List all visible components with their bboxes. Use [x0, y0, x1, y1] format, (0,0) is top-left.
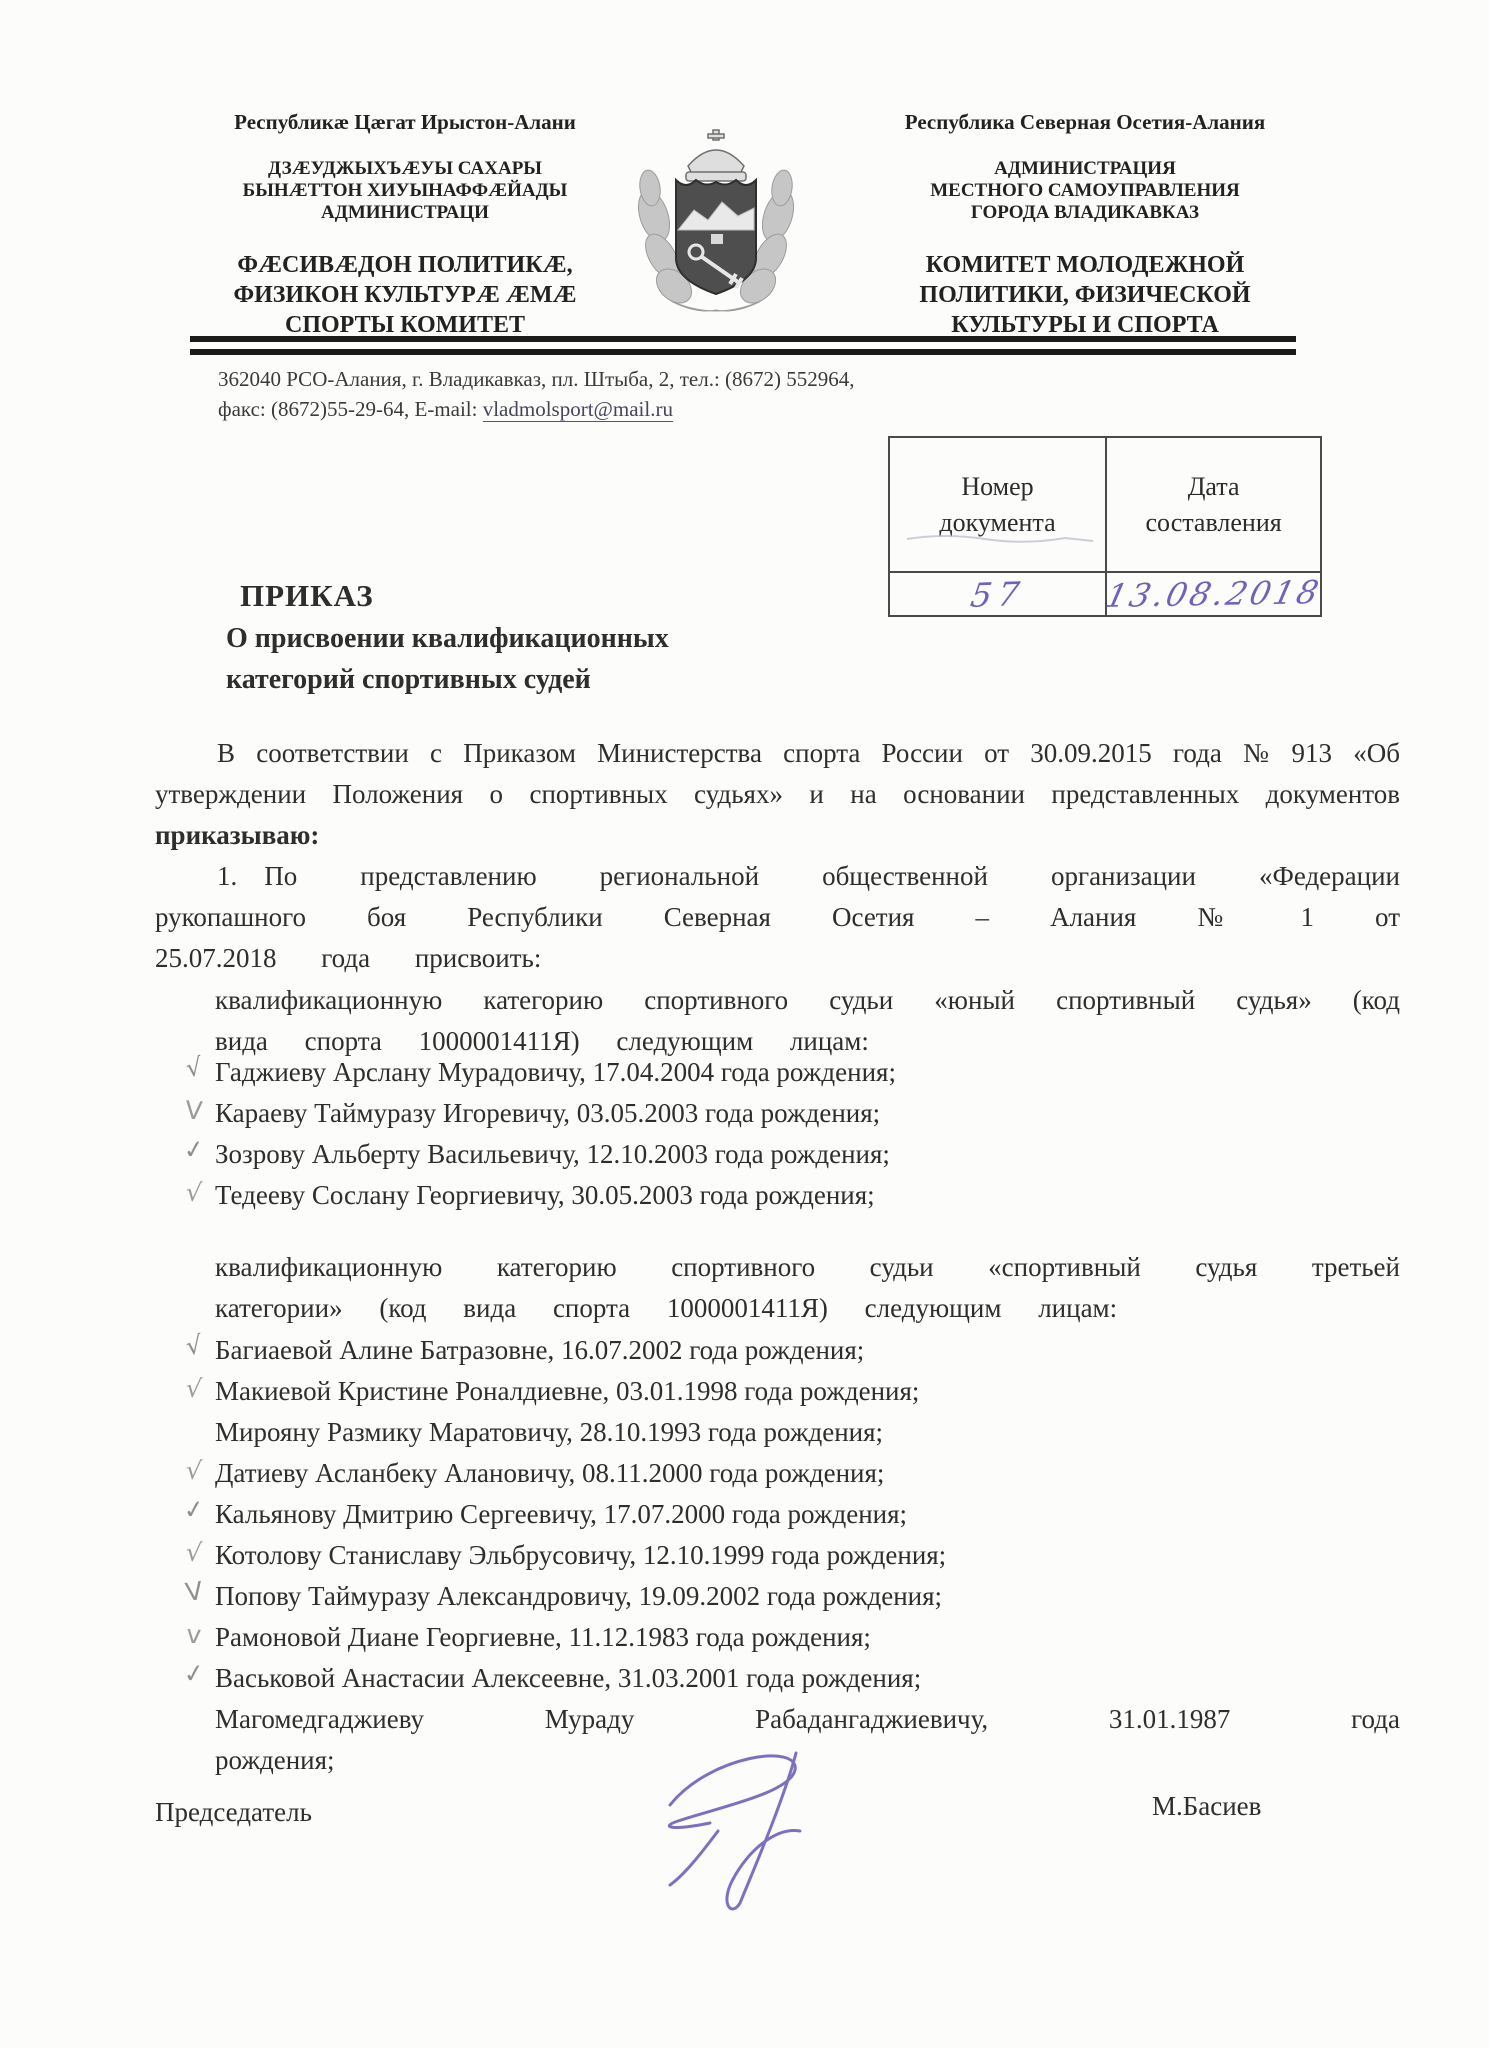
document-stamp-table: Номер документа Дата составления 57 13.0… — [888, 436, 1322, 617]
divider-rule-top — [190, 336, 1296, 342]
org-name-russian-republic: Республика Северная Осетия-Алания — [850, 110, 1320, 134]
list-item: ✓Кальянову Дмитрию Сергеевичу, 17.07.200… — [155, 1494, 1400, 1535]
order-title: ПРИКАЗ — [240, 578, 374, 614]
list-item: √Котолову Станиславу Эльбрусовичу, 12.10… — [155, 1535, 1400, 1576]
pencil-checkmark-icon: √ — [176, 1375, 212, 1402]
number-header-cell: Номер документа — [889, 437, 1106, 572]
preamble-paragraph: В соответствии с Приказом Министерства с… — [155, 733, 1400, 856]
contact-fax-line: факс: (8672)55-29-64, E-mail: vladmolspo… — [218, 395, 673, 423]
pencil-checkmark-icon: √ — [176, 1457, 212, 1484]
address-text: 362040 РСО-Алания, г. Владикавказ, пл. Ш… — [218, 367, 855, 391]
judge-entry: Макиевой Кристине Роналдиевне, 03.01.199… — [215, 1376, 919, 1406]
pencil-checkmark-icon: √ — [176, 1179, 212, 1206]
signer-name: М.Басиев — [1152, 1791, 1261, 1822]
pencil-checkmark-icon: ✓ — [175, 1659, 212, 1688]
list-item: √Багиаевой Алине Батразовне, 16.07.2002 … — [155, 1330, 1400, 1371]
date-header-cell: Дата составления — [1106, 437, 1321, 572]
judge-entry: Рамоновой Диане Георгиевне, 11.12.1983 г… — [215, 1622, 871, 1652]
pencil-checkmark-icon: V — [176, 1097, 212, 1124]
judge-entry: Васьковой Анастасии Алексеевне, 31.03.20… — [215, 1663, 921, 1693]
coat-of-arms-icon — [616, 126, 816, 326]
list-item: √Гаджиеву Арслану Мурадовичу, 17.04.2004… — [155, 1052, 1400, 1093]
handwritten-date: 13.08.2018 — [1102, 573, 1325, 615]
category2-intro: квалификационную категорию спортивного с… — [215, 1247, 1400, 1329]
judge-entry: Датиеву Асланбеку Алановичу, 08.11.2000 … — [215, 1458, 884, 1488]
divider-rule-bottom — [190, 349, 1296, 355]
category1-intro: квалификационную категорию спортивного с… — [215, 980, 1400, 1062]
judge-entry: Котолову Станиславу Эльбрусовичу, 12.10.… — [215, 1540, 946, 1570]
pencil-mark — [905, 531, 1095, 545]
list-item: VКараеву Таймуразу Игоревичу, 03.05.2003… — [155, 1093, 1400, 1134]
list-item: √Датиеву Асланбеку Алановичу, 08.11.2000… — [155, 1453, 1400, 1494]
org-name-russian-administration: АДМИНИСТРАЦИЯ МЕСТНОГО САМОУПРАВЛЕНИЯ ГО… — [850, 158, 1320, 224]
judge-entry: Караеву Таймуразу Игоревичу, 03.05.2003 … — [215, 1098, 880, 1128]
order-subject: О присвоении квалификационных категорий … — [226, 618, 669, 700]
email-link[interactable]: vladmolsport@mail.ru — [483, 397, 673, 422]
category1-list: √Гаджиеву Арслану Мурадовичу, 17.04.2004… — [155, 1052, 1400, 1216]
list-item: Мирояну Размику Маратовичу, 28.10.1993 г… — [155, 1412, 1400, 1453]
pencil-checkmark-icon: √ — [175, 1331, 212, 1360]
judge-entry: Попову Таймуразу Александровичу, 19.09.2… — [215, 1581, 942, 1611]
list-item: ✓Зозрову Альберту Васильевичу, 12.10.200… — [155, 1134, 1400, 1175]
pencil-checkmark-icon: √ — [175, 1053, 212, 1082]
category2-list: √Багиаевой Алине Батразовне, 16.07.2002 … — [155, 1330, 1400, 1781]
handwritten-number: 57 — [968, 574, 1028, 615]
org-name-russian-committee: КОМИТЕТ МОЛОДЕЖНОЙ ПОЛИТИКИ, ФИЗИЧЕСКОЙ … — [850, 250, 1320, 340]
order-item-1: 1. По представлению региональной обществ… — [155, 856, 1400, 979]
list-item: √Макиевой Кристине Роналдиевне, 03.01.19… — [155, 1371, 1400, 1412]
contact-address-line: 362040 РСО-Алания, г. Владикавказ, пл. Ш… — [218, 365, 855, 393]
org-name-ossetian-administration: ДЗÆУДЖЫХЪÆУЫ САХАРЫ БЫНÆТТОН ХИУЫНАФФÆЙА… — [170, 158, 640, 224]
org-name-ossetian-republic: Республикæ Цæгат Ирыстон-Алани — [170, 110, 640, 134]
number-value-cell: 57 — [889, 572, 1106, 616]
list-item: VПопову Таймуразу Александровичу, 19.09.… — [155, 1576, 1400, 1617]
pencil-checkmark-icon: ✓ — [175, 1495, 212, 1524]
pencil-checkmark-icon: √ — [176, 1539, 212, 1566]
pencil-checkmark-icon: V — [175, 1577, 212, 1606]
preamble-text: В соответствии с Приказом Министерства с… — [155, 738, 1400, 809]
pencil-checkmark-icon — [177, 1413, 211, 1418]
org-name-ossetian-committee: ФÆСИВÆДОН ПОЛИТИКÆ, ФИЗИКОН КУЛЬТУРÆ ÆМÆ… — [170, 250, 640, 340]
list-item: ✓Васьковой Анастасии Алексеевне, 31.03.2… — [155, 1658, 1400, 1699]
judge-entry: Кальянову Дмитрию Сергеевичу, 17.07.2000… — [215, 1499, 907, 1529]
preamble-keyword: приказываю: — [155, 820, 319, 850]
judge-entry: Гаджиеву Арслану Мурадовичу, 17.04.2004 … — [215, 1057, 896, 1087]
pencil-checkmark-icon — [177, 1703, 211, 1705]
judge-entry: Зозрову Альберту Васильевичу, 12.10.2003… — [215, 1139, 890, 1169]
judge-entry: Мирояну Размику Маратовичу, 28.10.1993 г… — [215, 1417, 883, 1447]
judge-entry: Тедееву Сослану Георгиевичу, 30.05.2003 … — [215, 1180, 875, 1210]
date-value-cell: 13.08.2018 — [1106, 572, 1321, 616]
scanned-order-document: Республикæ Цæгат Ирыстон-Алани ДЗÆУДЖЫХЪ… — [0, 0, 1489, 2048]
list-item: vРамоновой Диане Георгиевне, 11.12.1983 … — [155, 1617, 1400, 1658]
pencil-checkmark-icon: v — [176, 1621, 212, 1648]
list-item: √Тедееву Сослану Георгиевичу, 30.05.2003… — [155, 1175, 1400, 1216]
pencil-checkmark-icon: ✓ — [175, 1135, 212, 1164]
judge-entry: Багиаевой Алине Батразовне, 16.07.2002 г… — [215, 1335, 864, 1365]
signer-position-title: Председатель — [155, 1797, 312, 1828]
fax-text: факс: (8672)55-29-64, E-mail: — [218, 397, 483, 421]
handwritten-signature-icon — [600, 1735, 940, 1915]
